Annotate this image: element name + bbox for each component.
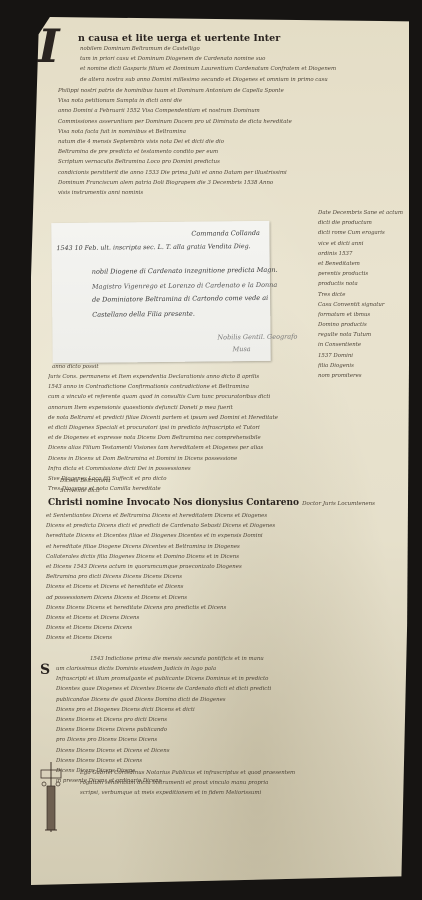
text-line: et hereditate filiae Diogene Dicens Dice… xyxy=(46,542,406,552)
middle-text: anno dicto possit xyxy=(52,362,314,372)
text-line: Visa nota facta fuit in nominibus et Bel… xyxy=(58,127,406,137)
text-line: 1537 Domini xyxy=(318,351,404,361)
inserted-paper-slip: Commanda Collanda 1543 10 Feb. ult. insc… xyxy=(51,221,270,363)
text-line: et de Diogenes et expresse nota Dicens D… xyxy=(48,433,406,443)
text-line: Dominum Franciscum alem patria Doli Biog… xyxy=(58,178,406,188)
section-text: et Sententiantes Dicens et Beltramina Di… xyxy=(46,511,406,643)
text-line: Dicens et predicta Dicens dicti et predi… xyxy=(46,521,406,531)
text-line: regulte nota Tutum xyxy=(318,330,404,340)
text-line: formatum et ibmus xyxy=(318,310,404,320)
slip-line: de Dominiatore Beltramina di Cartondo co… xyxy=(92,294,268,304)
text-line: Philippi nostri patris de hominibus tuum… xyxy=(58,86,406,96)
lower-text-first: 1543 Indictione prima die mensis secunda… xyxy=(90,654,406,664)
slip-line: 1543 10 Feb. ult. inscripta sec. L. T. a… xyxy=(57,243,251,252)
text-line: Date Decembris Sane et actum xyxy=(318,208,404,218)
text-line: de nota Beltrami et predicti filiae Dice… xyxy=(48,413,406,423)
right-column-text: Date Decembris Sane et actum dicti die p… xyxy=(318,208,404,381)
text-line: et nomine dicti Gasparis filium et Domin… xyxy=(80,64,405,74)
text-line: Ego Gabriel Cortedinus Notarius Publicus… xyxy=(80,768,406,778)
text-line: Dicens et Dicens et Dicens et hereditate… xyxy=(46,582,406,592)
text-line: Scrivente dicti xyxy=(60,486,260,496)
closing-text: Ego Gabriel Cortedinus Notarius Publicus… xyxy=(80,768,406,799)
text-line: Dicens Dicens et Dicens pro dicti Dicens xyxy=(56,715,406,725)
text-line: in Consentiente xyxy=(318,340,404,350)
slip-line: nobil Diogene di Cardenato inzegnitione … xyxy=(92,266,278,276)
notarial-signum-icon xyxy=(40,762,62,832)
text-line: ordinis 1537 xyxy=(318,249,404,259)
text-line: 1543 Indictione prima die mensis secunda… xyxy=(90,654,406,664)
text-line: Infrascripti et illum promulgante et pub… xyxy=(56,674,406,684)
text-line: Dicentes quae Diogenes et Dicentes Dicen… xyxy=(56,684,406,694)
illuminated-initial: I xyxy=(38,20,70,72)
text-line: filia Diogenis xyxy=(318,361,404,371)
text-line: pro Dicens pro Dicens Dicens Dicens xyxy=(56,735,406,745)
text-line: cum a vinculo et referente quam quod in … xyxy=(48,392,406,402)
text-line: et Beneditatem xyxy=(318,259,404,269)
text-line: Dicens Dicens Dicens et hereditate Dicen… xyxy=(46,603,406,613)
text-line: Domino productis xyxy=(318,320,404,330)
text-line: Casu Conventit signatur xyxy=(318,300,404,310)
text-line: um clarissimus dictis Dominis eiusdem Ju… xyxy=(56,664,406,674)
slip-signature-sub: Musa xyxy=(233,345,251,353)
decorated-initial: S xyxy=(40,662,50,678)
text-line: Dicens in Dicens ut Dom Beltramina et Do… xyxy=(48,454,406,464)
text-line: perentis productis xyxy=(318,269,404,279)
text-line: Dicens Beltramina xyxy=(60,476,260,486)
text-line: Juris Cons. permanens et Item expendenti… xyxy=(48,372,406,382)
section-title-text: Christi nomine Invocato Nos dionysius Co… xyxy=(48,498,299,508)
text-line: vice et dicti anni xyxy=(318,239,404,249)
text-line: Infra dicta et Commissione dicti Dei in … xyxy=(48,464,406,474)
text-line: Commissiones asseruntium per Dominum Duc… xyxy=(58,117,406,127)
slip-signature: Nobilis Gentil. Geografo xyxy=(217,333,297,342)
text-line: Dicens alias Filium Testamenti Visiones … xyxy=(48,443,406,453)
text-line: visis instrumentis anni nominis xyxy=(58,188,406,198)
text-line: de altera nostra sub anno Domini millesi… xyxy=(80,75,405,85)
text-line: Dicens et Dicens Dicens xyxy=(46,633,406,643)
text-line: natum die 4 mensis Septembris visis nota… xyxy=(58,137,406,147)
text-line: Dicens pro et Diogenes Dicens dicti Dice… xyxy=(56,705,406,715)
text-line: rogatum sententiam dicta instrumenti et … xyxy=(80,778,406,788)
text-line: et Sententiantes Dicens et Beltramina Di… xyxy=(46,511,406,521)
text-line: anno Domini a Februarii 1552 Visa Compen… xyxy=(58,106,406,116)
text-line: Dicens Dicens Dicens et Dicens et Dicens xyxy=(56,746,406,756)
body-main-text: Philippi nostri patris de hominibus tuum… xyxy=(58,86,406,198)
text-line: dicti die productum xyxy=(318,218,404,228)
text-line: dicti rome Cum erogaris xyxy=(318,228,404,238)
section-title: Christi nomine Invocato Nos dionysius Co… xyxy=(48,498,375,508)
text-line: Beltramina pro dicti Dicens Dicens Dicen… xyxy=(46,572,406,582)
text-line: et dicti Diogenes Speciali et procurator… xyxy=(48,423,406,433)
text-line: tum in priori casu et Dominum Diogenem d… xyxy=(80,54,405,64)
text-line: Dicens Dicens Dicens et Dicens xyxy=(56,756,406,766)
text-line: hereditate Dicens et Dicentes filiae et … xyxy=(46,531,406,541)
body-top-text: nobilem Dominum Beltramum de Castelligo … xyxy=(80,44,405,85)
text-line: publicandae Dicens de quod Dicens Domino… xyxy=(56,695,406,705)
text-line: Tres dicte xyxy=(318,290,404,300)
text-line: nobilem Dominum Beltramum de Castelligo xyxy=(80,44,405,54)
section-title-tail: Doctor Juris Locumtenens xyxy=(302,501,375,507)
text-line: Dicens et Dicens et Dicens Dicens xyxy=(46,613,406,623)
text-line: et Dicens 1543 Dicens actum in quorumcum… xyxy=(46,562,406,572)
text-line: condicionis perstiterit die anno 1533 Di… xyxy=(58,168,406,178)
slip-line: Castellano della Filia presente. xyxy=(92,310,195,319)
text-line: Dicens Dicens Dicens Dicens publicando xyxy=(56,725,406,735)
text-line: Visa nota petitionum Sumpta in dicti ann… xyxy=(58,96,406,106)
middle-text-short: Dicens Beltramina Scrivente dicti xyxy=(60,476,260,496)
text-line: Scriptum vernaculis Beltramina Loco pro … xyxy=(58,157,406,167)
text-line: ad possessionem Dicens Dicens et Dicens … xyxy=(46,593,406,603)
text-line: Collaterales dictis filia Diogenes Dicen… xyxy=(46,552,406,562)
text-line: annorum Item expensionis quaestionis def… xyxy=(48,403,406,413)
slip-top-note: Commanda Collanda xyxy=(191,229,260,238)
slip-line: Magistro Vigenrego et Lorenzo di Cardena… xyxy=(92,281,277,291)
text-line: productis nota xyxy=(318,279,404,289)
text-line: 1543 anno in Contradictione Confirmation… xyxy=(48,382,406,392)
text-line: anno dicto possit xyxy=(52,362,314,372)
text-line: scripsi, verbumque ut meis expeditionem … xyxy=(80,788,406,798)
document-heading: n causa et lite uerga et uertente Inter xyxy=(78,33,280,44)
text-line: Beltramina de pre predicto et testamento… xyxy=(58,147,406,157)
text-line: Dicens et Dicens Dicens Dicens xyxy=(46,623,406,633)
